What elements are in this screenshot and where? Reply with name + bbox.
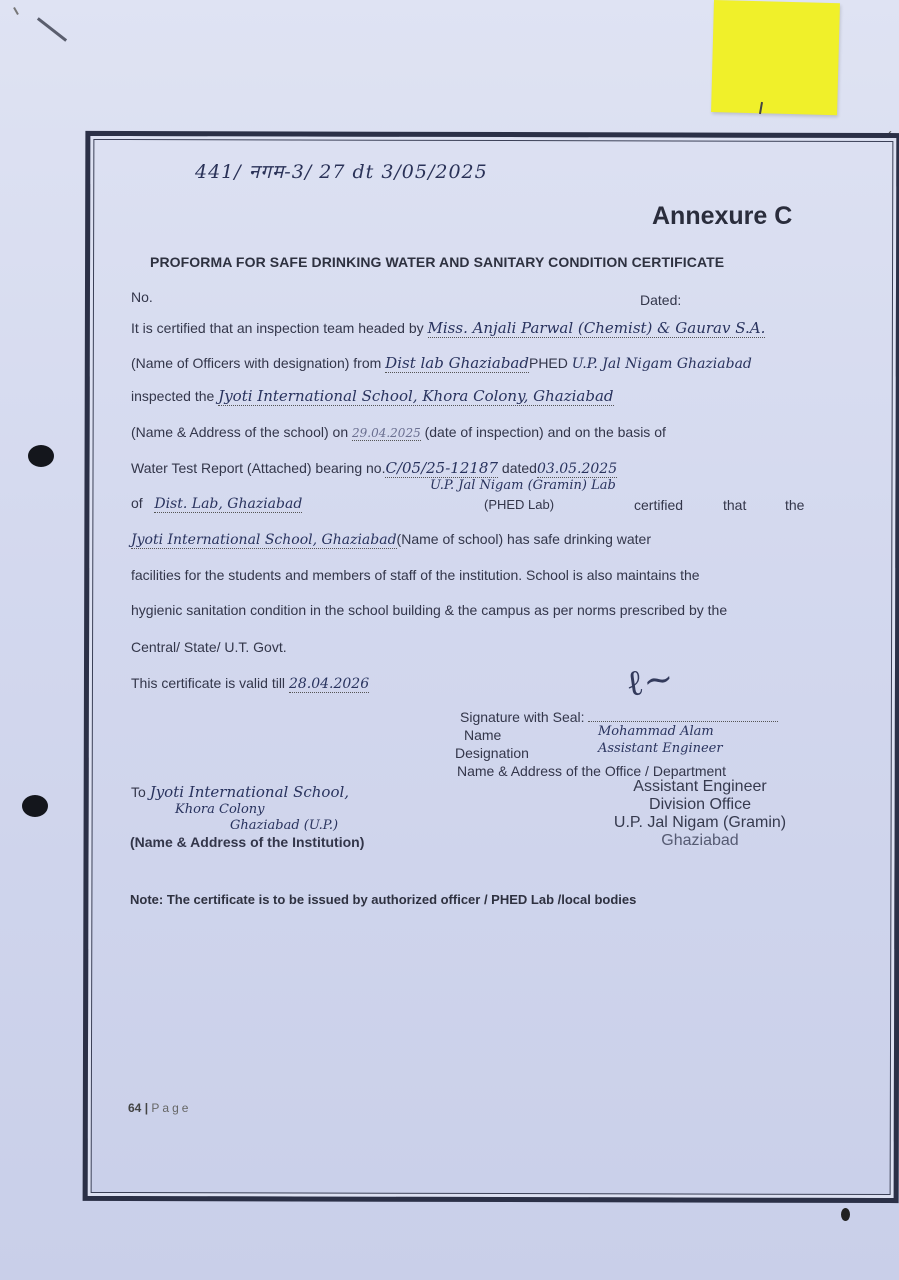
punch-hole xyxy=(28,445,54,467)
officer-name: Mohammad Alam xyxy=(598,724,714,739)
certified-word: certified xyxy=(634,497,683,513)
signature-scribble: ℓ~ xyxy=(623,657,676,705)
office-address-label: Name & Address of the Office / Departmen… xyxy=(457,763,726,779)
handwritten-reference: 441/ नगम-3/ 27 dt 3/05/2025 xyxy=(195,158,488,184)
the-word: the xyxy=(785,497,804,513)
certificate-title: PROFORMA FOR SAFE DRINKING WATER AND SAN… xyxy=(150,254,724,270)
certified-school-name: Jyoti International School, Ghaziabad xyxy=(131,532,397,549)
line-inspection-team: It is certified that an inspection team … xyxy=(131,319,765,338)
lab-handwritten-name: U.P. Jal Nigam (Gramin) Lab xyxy=(430,478,616,493)
office-stamp: Assistant Engineer Division Office U.P. … xyxy=(580,778,820,850)
officer-designation: Assistant Engineer xyxy=(598,741,723,756)
jal-nigam-name: U.P. Jal Nigam Ghaziabad xyxy=(572,356,752,372)
recipient-city: Ghaziabad (U.P.) xyxy=(230,818,338,833)
report-number: C/05/25-12187 xyxy=(385,459,498,478)
that-word: that xyxy=(723,497,746,513)
page-footer: 64 | Page xyxy=(128,1101,191,1115)
test-lab-name: Dist. Lab, Ghaziabad xyxy=(154,496,302,513)
recipient-school: Jyoti International School, xyxy=(150,783,349,801)
valid-till-date: 28.04.2026 xyxy=(289,676,369,693)
no-label: No. xyxy=(131,289,153,305)
line-inspection-date: (Name & Address of the school) on 29.04.… xyxy=(131,424,666,441)
punch-hole xyxy=(22,795,48,817)
school-name-address: Jyoti International School, Khora Colony… xyxy=(218,387,613,406)
line-govt: Central/ State/ U.T. Govt. xyxy=(131,639,287,655)
pen-scratch-mark xyxy=(37,17,67,42)
name-label: Name xyxy=(464,727,501,743)
designation-label: Designation xyxy=(455,745,529,761)
line-validity: This certificate is valid till 28.04.202… xyxy=(131,675,369,693)
report-date: 03.05.2025 xyxy=(537,461,617,478)
signature-line: Signature with Seal: xyxy=(460,709,778,725)
sticky-note xyxy=(711,0,840,115)
line-school-name: Jyoti International School, Ghaziabad(Na… xyxy=(131,531,651,549)
inspection-date: 29.04.2025 xyxy=(352,426,421,441)
pen-scratch-mark xyxy=(13,7,19,15)
line-facilities: facilities for the students and members … xyxy=(131,567,700,583)
annexure-label: Annexure C xyxy=(652,202,792,231)
lab-name: Dist lab Ghaziabad xyxy=(385,354,529,373)
to-block: To Jyoti International School, xyxy=(131,783,349,801)
line-sanitation: hygienic sanitation condition in the sch… xyxy=(131,602,727,618)
signature-field xyxy=(588,711,778,722)
institution-label: (Name & Address of the Institution) xyxy=(130,834,364,850)
certificate-border xyxy=(83,131,899,1203)
officer-names: Miss. Anjali Parwal (Chemist) & Gaurav S… xyxy=(428,319,766,338)
issuing-note: Note: The certificate is to be issued by… xyxy=(130,892,636,907)
line-test-report: Water Test Report (Attached) bearing no.… xyxy=(131,459,617,478)
dated-label: Dated: xyxy=(640,292,681,308)
phed-lab-label: (PHED Lab) xyxy=(484,497,554,512)
line-officer-from: (Name of Officers with designation) from… xyxy=(131,354,752,373)
line-lab: of Dist. Lab, Ghaziabad xyxy=(131,495,302,513)
recipient-address-line: Khora Colony xyxy=(175,802,264,817)
line-inspected: inspected the Jyoti International School… xyxy=(131,387,614,406)
ink-speck xyxy=(841,1208,850,1221)
